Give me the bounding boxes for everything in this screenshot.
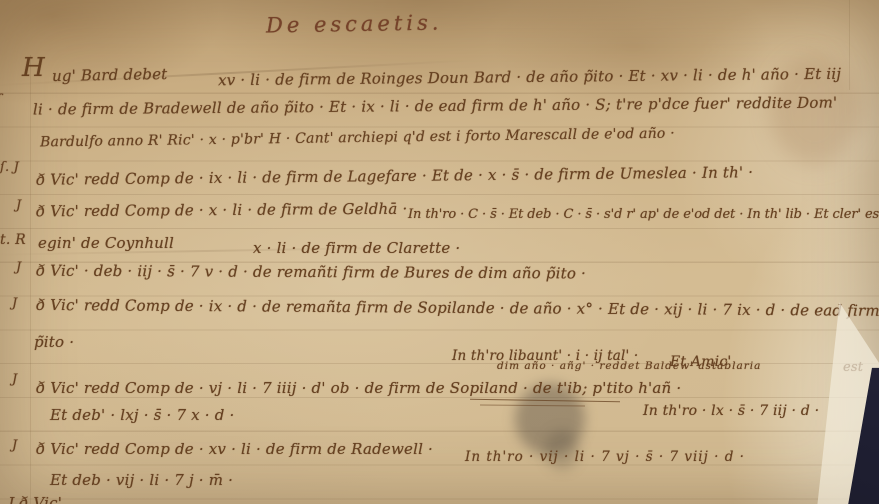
manuscript-photo: De escaetis. H ug' Bard debet xv · li · … xyxy=(0,0,879,504)
manuscript-line: ug' Bard debet xyxy=(52,65,168,85)
manuscript-line: ð Vic' redd Comp de · vj · li · 7 iiij ·… xyxy=(36,379,681,397)
manuscript-line: ð Vic' redd Comp de · ix · li · de firm … xyxy=(36,163,753,189)
margin-mark: ſ. J xyxy=(0,160,19,175)
manuscript-line: xv · li · de firm de Roinges Doun Bard ·… xyxy=(218,65,841,90)
manuscript-line: In th'ro · C · s̄ · Et deb · C · s̄ · s'… xyxy=(408,207,879,222)
manuscript-line: Et deb' · lxj · s̄ · 7 x · d · xyxy=(50,406,234,424)
margin-mark: ſ xyxy=(0,92,1,108)
manuscript-line: Bardulfo anno R' Ric' · x · p'br' H · Ca… xyxy=(40,126,675,151)
margin-mark: J xyxy=(12,438,17,453)
manuscript-line: ð Vic' redd Comp de · xv · li · de firm … xyxy=(36,440,433,458)
manuscript-line: p̃ito · xyxy=(34,333,74,351)
manuscript-line: li · de firm de Bradewell de año p̃ito ·… xyxy=(33,93,837,118)
manuscript-line-cutoff: J ð Vic' xyxy=(8,494,62,504)
margin-mark: J xyxy=(16,260,21,275)
manuscript-line: x · li · de firm de Clarette · xyxy=(253,239,460,257)
underline-stroke xyxy=(470,399,620,403)
manuscript-line: ð Vic' redd Comp de · ix · d · de remañt… xyxy=(36,296,879,320)
underline-stroke xyxy=(480,405,585,407)
manuscript-line: ð Vic' · deb · iij · s̄ · 7 v · d · de r… xyxy=(36,262,586,283)
interlinear-gloss: dim año · añg' · reddet Baldew' astablar… xyxy=(497,360,761,372)
manuscript-note: In th'ro · vij · li · 7 vj · s̄ · 7 viij… xyxy=(465,449,745,465)
right-crease xyxy=(849,0,850,90)
margin-mark: J xyxy=(12,296,17,311)
manuscript-note: In th'ro · lx · s̄ · 7 iij · d · xyxy=(643,403,819,419)
manuscript-line: egin' de Coynhull xyxy=(38,234,174,252)
margin-mark: t. R xyxy=(0,232,26,248)
margin-mark: J xyxy=(16,198,21,213)
manuscript-note: est xyxy=(843,360,863,375)
heading-de-escaetis: De escaetis. xyxy=(266,10,443,37)
margin-rule xyxy=(30,55,31,504)
manuscript-line: Et deb · vij · li · 7 j · m̄ · xyxy=(50,471,233,489)
margin-mark: J xyxy=(12,372,17,387)
manuscript-line: ð Vic' redd Comp de · x · li · de firm d… xyxy=(36,200,408,221)
margin-initial: H xyxy=(22,53,45,83)
